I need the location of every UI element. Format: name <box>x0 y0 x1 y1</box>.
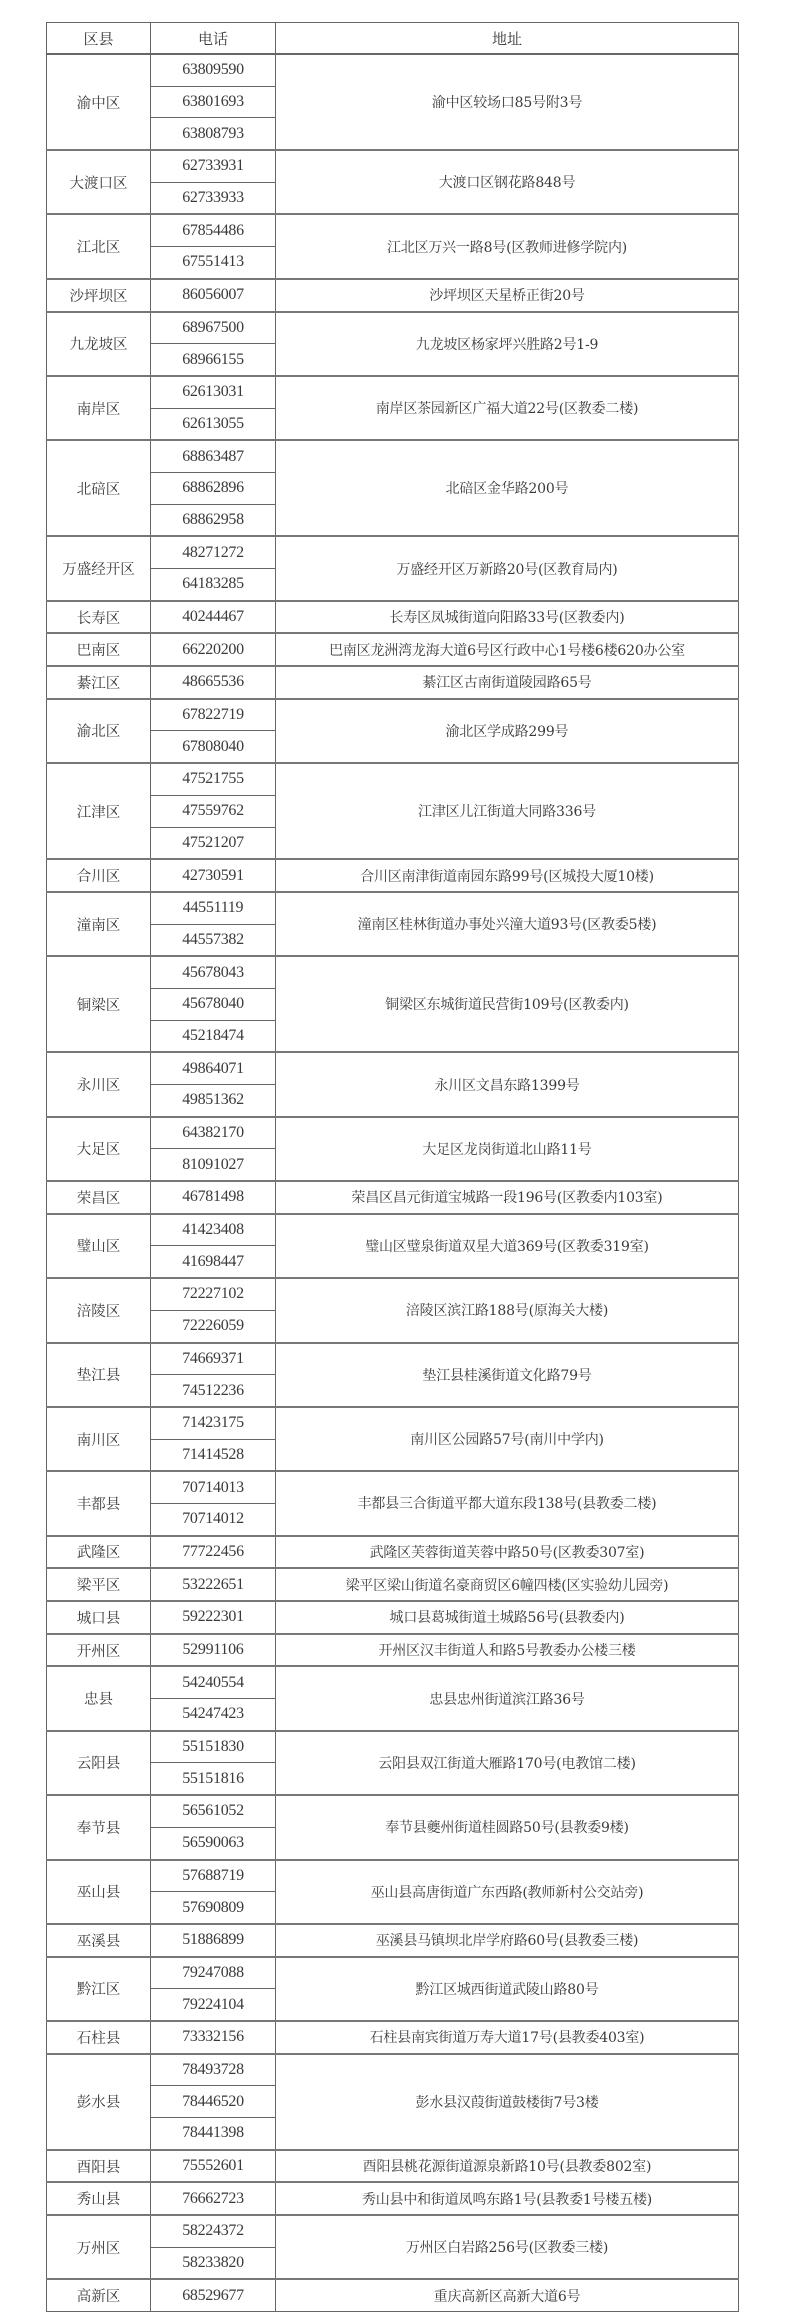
district-cell: 彭水县 <box>47 2054 151 2150</box>
table-row: 荣昌区46781498荣昌区昌元街道宝城路一段196号(区教委内103室) <box>47 1181 739 1214</box>
phone-cell: 58233820 <box>151 2247 276 2279</box>
district-cell: 大渡口区 <box>47 150 151 214</box>
phone-cell: 68862958 <box>151 504 276 536</box>
district-cell: 武隆区 <box>47 1536 151 1569</box>
address-cell: 潼南区桂林街道办事处兴潼大道93号(区教委5楼) <box>276 892 739 956</box>
district-cell: 潼南区 <box>47 892 151 956</box>
table-header-row: 区县 电话 地址 <box>47 23 739 55</box>
table-row: 大足区64382170大足区龙岗街道北山路11号 <box>47 1117 739 1149</box>
address-cell: 南岸区茶园新区广福大道22号(区教委二楼) <box>276 376 739 440</box>
phone-cell: 78446520 <box>151 2086 276 2118</box>
address-cell: 开州区汉丰街道人和路5号教委办公楼三楼 <box>276 1634 739 1667</box>
phone-cell: 63801693 <box>151 86 276 118</box>
phone-cell: 63809590 <box>151 54 276 86</box>
address-cell: 云阳县双江街道大雁路170号(电教馆二楼) <box>276 1731 739 1795</box>
address-cell: 彭水县汉葭街道鼓楼街7号3楼 <box>276 2054 739 2150</box>
table-row: 武隆区77722456武隆区芙蓉街道芙蓉中路50号(区教委307室) <box>47 1536 739 1569</box>
address-cell: 城口县葛城街道土城路56号(县教委内) <box>276 1601 739 1634</box>
table-row: 垫江县74669371垫江县桂溪街道文化路79号 <box>47 1343 739 1375</box>
phone-cell: 67822719 <box>151 699 276 731</box>
phone-cell: 67854486 <box>151 214 276 246</box>
phone-cell: 67551413 <box>151 247 276 279</box>
district-cell: 渝北区 <box>47 699 151 763</box>
phone-cell: 81091027 <box>151 1149 276 1181</box>
district-cell: 合川区 <box>47 859 151 892</box>
phone-cell: 62613055 <box>151 408 276 440</box>
address-cell: 丰都县三合街道平都大道东段138号(县教委二楼) <box>276 1471 739 1535</box>
district-cell: 酉阳县 <box>47 2150 151 2183</box>
district-cell: 巫溪县 <box>47 1924 151 1957</box>
table-row: 高新区68529677重庆高新区高新大道6号 <box>47 2279 739 2311</box>
table-row: 巴南区66220200巴南区龙洲湾龙海大道6号区行政中心1号楼6楼620办公室 <box>47 633 739 666</box>
table-row: 九龙坡区68967500九龙坡区杨家坪兴胜路2号1-9 <box>47 312 739 344</box>
phone-cell: 55151830 <box>151 1731 276 1763</box>
contact-table: 区县 电话 地址 渝中区63809590渝中区较场口85号附3号63801693… <box>46 22 739 2312</box>
phone-cell: 57690809 <box>151 1892 276 1924</box>
phone-cell: 48665536 <box>151 666 276 699</box>
address-cell: 铜梁区东城街道民营街109号(区教委内) <box>276 956 739 1052</box>
phone-cell: 41698447 <box>151 1246 276 1278</box>
phone-cell: 68863487 <box>151 440 276 472</box>
phone-cell: 67808040 <box>151 731 276 763</box>
table-row: 石柱县73332156石柱县南宾街道万寿大道17号(县教委403室) <box>47 2021 739 2054</box>
address-cell: 荣昌区昌元街道宝城路一段196号(区教委内103室) <box>276 1181 739 1214</box>
table-row: 黔江区79247088黔江区城西街道武陵山路80号 <box>47 1957 739 1989</box>
district-cell: 垫江县 <box>47 1343 151 1407</box>
address-cell: 璧山区璧泉街道双星大道369号(区教委319室) <box>276 1214 739 1278</box>
district-cell: 北碚区 <box>47 440 151 536</box>
phone-cell: 62733931 <box>151 150 276 182</box>
address-cell: 涪陵区滨江路188号(原海关大楼) <box>276 1278 739 1342</box>
phone-cell: 42730591 <box>151 859 276 892</box>
phone-cell: 74669371 <box>151 1343 276 1375</box>
phone-cell: 44557382 <box>151 924 276 956</box>
phone-cell: 78441398 <box>151 2118 276 2150</box>
phone-cell: 72227102 <box>151 1278 276 1310</box>
table-row: 奉节县56561052奉节县夔州街道桂圆路50号(县教委9楼) <box>47 1795 739 1827</box>
district-cell: 大足区 <box>47 1117 151 1181</box>
address-cell: 綦江区古南街道陵园路65号 <box>276 666 739 699</box>
address-cell: 永川区文昌东路1399号 <box>276 1052 739 1116</box>
district-cell: 荣昌区 <box>47 1181 151 1214</box>
address-cell: 长寿区凤城街道向阳路33号(区教委内) <box>276 601 739 634</box>
phone-cell: 86056007 <box>151 279 276 312</box>
table-body: 渝中区63809590渝中区较场口85号附3号6380169363808793大… <box>47 54 739 2312</box>
table-row: 丰都县70714013丰都县三合街道平都大道东段138号(县教委二楼) <box>47 1471 739 1503</box>
district-cell: 石柱县 <box>47 2021 151 2054</box>
address-cell: 酉阳县桃花源街道源泉新路10号(县教委802室) <box>276 2150 739 2183</box>
phone-cell: 47559762 <box>151 795 276 827</box>
table-row: 南川区71423175南川区公园路57号(南川中学内) <box>47 1407 739 1439</box>
phone-cell: 56590063 <box>151 1827 276 1859</box>
district-cell: 黔江区 <box>47 1957 151 2021</box>
table-row: 巫溪县51886899巫溪县马镇坝北岸学府路60号(县教委三楼) <box>47 1924 739 1957</box>
table-row: 江津区47521755江津区儿江街道大同路336号 <box>47 763 739 795</box>
phone-cell: 52991106 <box>151 1634 276 1667</box>
district-cell: 南岸区 <box>47 376 151 440</box>
district-cell: 巫山县 <box>47 1860 151 1924</box>
phone-cell: 45678040 <box>151 988 276 1020</box>
address-cell: 梁平区梁山街道名豪商贸区6幢四楼(区实验幼儿园旁) <box>276 1568 739 1601</box>
address-cell: 万盛经开区万新路20号(区教育局内) <box>276 536 739 600</box>
header-address: 地址 <box>276 23 739 55</box>
district-cell: 城口县 <box>47 1601 151 1634</box>
district-cell: 南川区 <box>47 1407 151 1471</box>
address-cell: 黔江区城西街道武陵山路80号 <box>276 1957 739 2021</box>
phone-cell: 71414528 <box>151 1439 276 1471</box>
table-row: 沙坪坝区86056007沙坪坝区天星桥正街20号 <box>47 279 739 312</box>
phone-cell: 64183285 <box>151 569 276 601</box>
address-cell: 北碚区金华路200号 <box>276 440 739 536</box>
district-cell: 江北区 <box>47 214 151 278</box>
address-cell: 秀山县中和街道凤鸣东路1号(县教委1号楼五楼) <box>276 2182 739 2215</box>
phone-cell: 47521207 <box>151 827 276 859</box>
phone-cell: 46781498 <box>151 1181 276 1214</box>
address-cell: 九龙坡区杨家坪兴胜路2号1-9 <box>276 312 739 376</box>
phone-cell: 63808793 <box>151 118 276 150</box>
table-row: 大渡口区62733931大渡口区钢花路848号 <box>47 150 739 182</box>
phone-cell: 45678043 <box>151 956 276 988</box>
table-row: 綦江区48665536綦江区古南街道陵园路65号 <box>47 666 739 699</box>
phone-cell: 41423408 <box>151 1214 276 1246</box>
table-row: 城口县59222301城口县葛城街道土城路56号(县教委内) <box>47 1601 739 1634</box>
address-cell: 奉节县夔州街道桂圆路50号(县教委9楼) <box>276 1795 739 1859</box>
phone-cell: 78493728 <box>151 2054 276 2086</box>
table-row: 渝中区63809590渝中区较场口85号附3号 <box>47 54 739 86</box>
phone-cell: 76662723 <box>151 2182 276 2215</box>
phone-cell: 55151816 <box>151 1763 276 1795</box>
phone-cell: 59222301 <box>151 1601 276 1634</box>
phone-cell: 79247088 <box>151 1957 276 1989</box>
phone-cell: 62733933 <box>151 182 276 214</box>
phone-cell: 68967500 <box>151 312 276 344</box>
district-cell: 忠县 <box>47 1666 151 1730</box>
address-cell: 垫江县桂溪街道文化路79号 <box>276 1343 739 1407</box>
address-cell: 巫溪县马镇坝北岸学府路60号(县教委三楼) <box>276 1924 739 1957</box>
phone-cell: 68862896 <box>151 472 276 504</box>
phone-cell: 68966155 <box>151 344 276 376</box>
district-cell: 万州区 <box>47 2215 151 2279</box>
phone-cell: 58224372 <box>151 2215 276 2247</box>
district-cell: 江津区 <box>47 763 151 859</box>
table-row: 秀山县76662723秀山县中和街道凤鸣东路1号(县教委1号楼五楼) <box>47 2182 739 2215</box>
district-cell: 涪陵区 <box>47 1278 151 1342</box>
phone-cell: 49864071 <box>151 1052 276 1084</box>
phone-cell: 54240554 <box>151 1666 276 1698</box>
table-row: 渝北区67822719渝北区学成路299号 <box>47 699 739 731</box>
phone-cell: 70714013 <box>151 1471 276 1503</box>
district-cell: 沙坪坝区 <box>47 279 151 312</box>
district-cell: 綦江区 <box>47 666 151 699</box>
phone-cell: 44551119 <box>151 892 276 924</box>
address-cell: 沙坪坝区天星桥正街20号 <box>276 279 739 312</box>
table-row: 江北区67854486江北区万兴一路8号(区教师进修学院内) <box>47 214 739 246</box>
phone-cell: 45218474 <box>151 1020 276 1052</box>
district-cell: 长寿区 <box>47 601 151 634</box>
phone-cell: 77722456 <box>151 1536 276 1569</box>
address-cell: 渝北区学成路299号 <box>276 699 739 763</box>
phone-cell: 40244467 <box>151 601 276 634</box>
district-cell: 万盛经开区 <box>47 536 151 600</box>
table-row: 璧山区41423408璧山区璧泉街道双星大道369号(区教委319室) <box>47 1214 739 1246</box>
table-row: 万盛经开区48271272万盛经开区万新路20号(区教育局内) <box>47 536 739 568</box>
table-row: 铜梁区45678043铜梁区东城街道民营街109号(区教委内) <box>47 956 739 988</box>
address-cell: 大足区龙岗街道北山路11号 <box>276 1117 739 1181</box>
phone-cell: 56561052 <box>151 1795 276 1827</box>
district-cell: 九龙坡区 <box>47 312 151 376</box>
table-row: 彭水县78493728彭水县汉葭街道鼓楼街7号3楼 <box>47 2054 739 2086</box>
phone-cell: 49851362 <box>151 1085 276 1117</box>
address-cell: 合川区南津街道南园东路99号(区城投大厦10楼) <box>276 859 739 892</box>
address-cell: 渝中区较场口85号附3号 <box>276 54 739 150</box>
table-row: 开州区52991106开州区汉丰街道人和路5号教委办公楼三楼 <box>47 1634 739 1667</box>
address-cell: 重庆高新区高新大道6号 <box>276 2279 739 2311</box>
address-cell: 石柱县南宾街道万寿大道17号(县教委403室) <box>276 2021 739 2054</box>
phone-cell: 70714012 <box>151 1503 276 1535</box>
district-cell: 铜梁区 <box>47 956 151 1052</box>
table-row: 云阳县55151830云阳县双江街道大雁路170号(电教馆二楼) <box>47 1731 739 1763</box>
district-cell: 永川区 <box>47 1052 151 1116</box>
address-cell: 大渡口区钢花路848号 <box>276 150 739 214</box>
address-cell: 江北区万兴一路8号(区教师进修学院内) <box>276 214 739 278</box>
phone-cell: 62613031 <box>151 376 276 408</box>
address-cell: 南川区公园路57号(南川中学内) <box>276 1407 739 1471</box>
phone-cell: 48271272 <box>151 536 276 568</box>
phone-cell: 53222651 <box>151 1568 276 1601</box>
district-cell: 丰都县 <box>47 1471 151 1535</box>
phone-cell: 71423175 <box>151 1407 276 1439</box>
phone-cell: 73332156 <box>151 2021 276 2054</box>
table-row: 涪陵区72227102涪陵区滨江路188号(原海关大楼) <box>47 1278 739 1310</box>
district-cell: 渝中区 <box>47 54 151 150</box>
header-phone: 电话 <box>151 23 276 55</box>
table-row: 永川区49864071永川区文昌东路1399号 <box>47 1052 739 1084</box>
table-row: 巫山县57688719巫山县高唐街道广东西路(教师新村公交站旁) <box>47 1860 739 1892</box>
address-cell: 忠县忠州街道滨江路36号 <box>276 1666 739 1730</box>
phone-cell: 51886899 <box>151 1924 276 1957</box>
district-cell: 梁平区 <box>47 1568 151 1601</box>
table-row: 忠县54240554忠县忠州街道滨江路36号 <box>47 1666 739 1698</box>
table-row: 万州区58224372万州区白岩路256号(区教委三楼) <box>47 2215 739 2247</box>
address-cell: 巫山县高唐街道广东西路(教师新村公交站旁) <box>276 1860 739 1924</box>
district-cell: 奉节县 <box>47 1795 151 1859</box>
phone-cell: 74512236 <box>151 1375 276 1407</box>
address-cell: 巴南区龙洲湾龙海大道6号区行政中心1号楼6楼620办公室 <box>276 633 739 666</box>
phone-cell: 64382170 <box>151 1117 276 1149</box>
phone-cell: 47521755 <box>151 763 276 795</box>
address-cell: 武隆区芙蓉街道芙蓉中路50号(区教委307室) <box>276 1536 739 1569</box>
phone-cell: 79224104 <box>151 1989 276 2021</box>
table-row: 南岸区62613031南岸区茶园新区广福大道22号(区教委二楼) <box>47 376 739 408</box>
table-row: 长寿区40244467长寿区凤城街道向阳路33号(区教委内) <box>47 601 739 634</box>
phone-cell: 66220200 <box>151 633 276 666</box>
phone-cell: 72226059 <box>151 1310 276 1342</box>
phone-cell: 57688719 <box>151 1860 276 1892</box>
phone-cell: 68529677 <box>151 2279 276 2311</box>
district-cell: 云阳县 <box>47 1731 151 1795</box>
district-cell: 高新区 <box>47 2279 151 2311</box>
table-row: 潼南区44551119潼南区桂林街道办事处兴潼大道93号(区教委5楼) <box>47 892 739 924</box>
district-cell: 秀山县 <box>47 2182 151 2215</box>
address-cell: 江津区儿江街道大同路336号 <box>276 763 739 859</box>
address-cell: 万州区白岩路256号(区教委三楼) <box>276 2215 739 2279</box>
header-district: 区县 <box>47 23 151 55</box>
district-cell: 开州区 <box>47 1634 151 1667</box>
phone-cell: 54247423 <box>151 1699 276 1731</box>
district-cell: 巴南区 <box>47 633 151 666</box>
table-row: 梁平区53222651梁平区梁山街道名豪商贸区6幢四楼(区实验幼儿园旁) <box>47 1568 739 1601</box>
phone-cell: 75552601 <box>151 2150 276 2183</box>
table-row: 合川区42730591合川区南津街道南园东路99号(区城投大厦10楼) <box>47 859 739 892</box>
district-cell: 璧山区 <box>47 1214 151 1278</box>
table-row: 北碚区68863487北碚区金华路200号 <box>47 440 739 472</box>
table-row: 酉阳县75552601酉阳县桃花源街道源泉新路10号(县教委802室) <box>47 2150 739 2183</box>
